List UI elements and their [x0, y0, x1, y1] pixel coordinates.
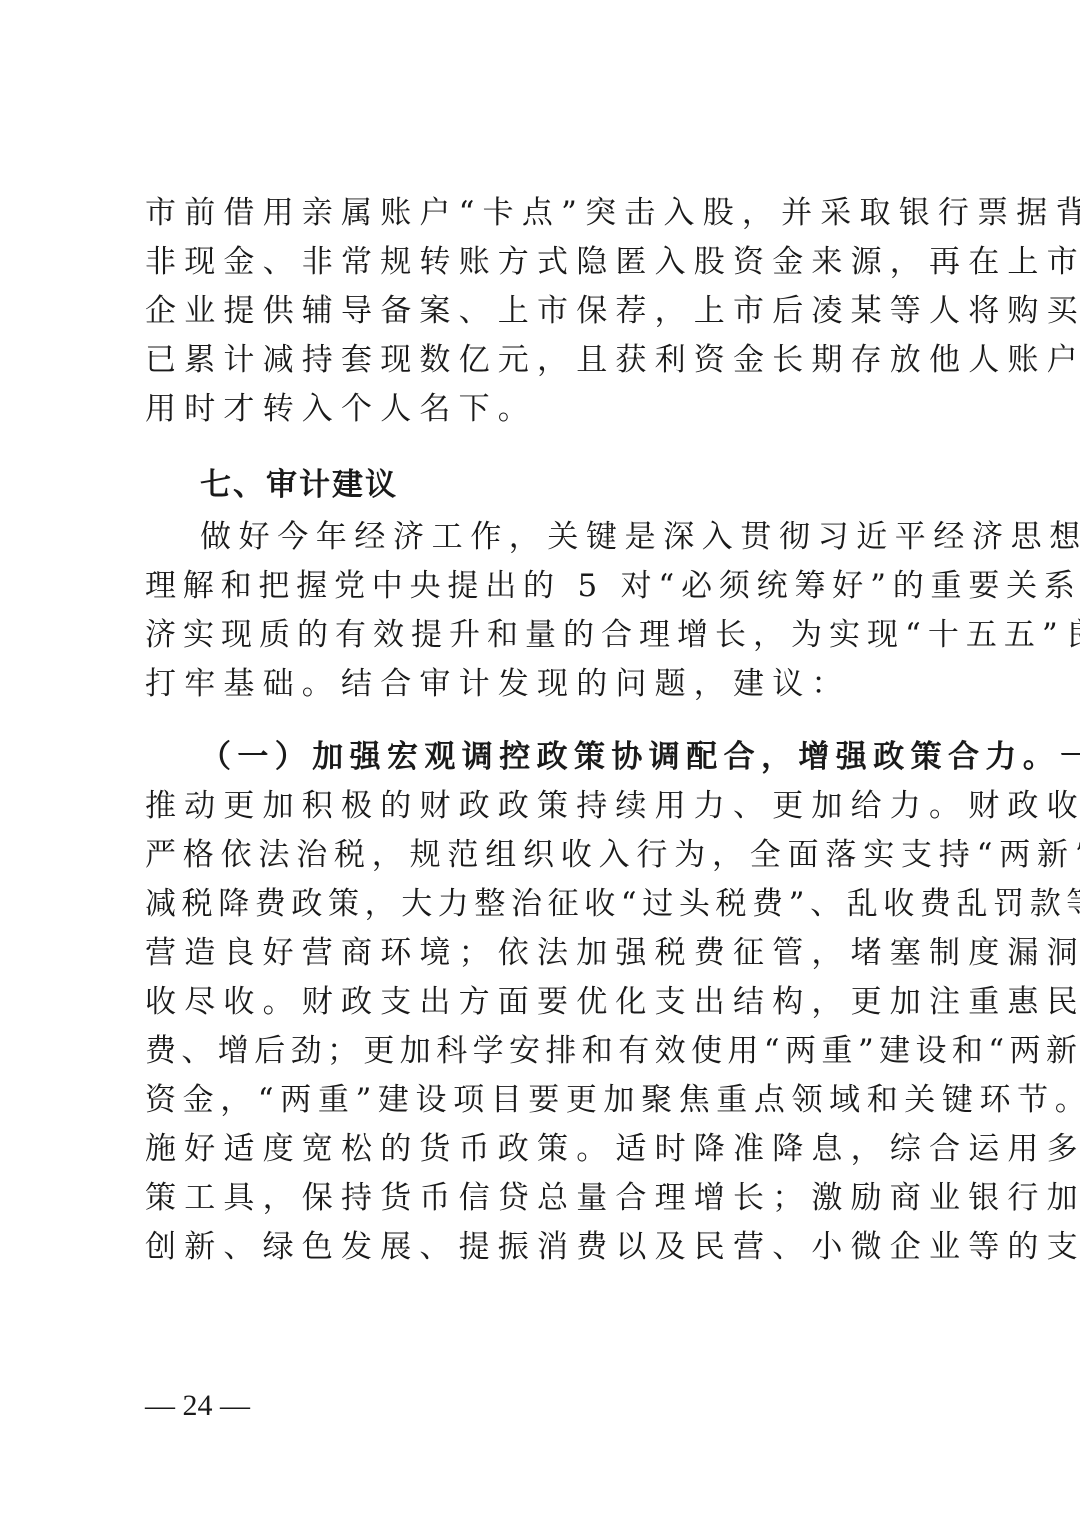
body-line: 用时才转入个人名下。: [145, 385, 945, 434]
subsection-line: 收尽收。财政支出方面要优化支出结构，更加注重惠民生、促消: [145, 978, 945, 1027]
subsection-line-with-bold: 资金，“两重”建设项目要更加聚焦重点领域和关键环节。二是实: [145, 1076, 945, 1125]
subsection-line: 推动更加积极的财政政策持续用力、更加给力。财政收入方面要: [145, 782, 945, 831]
subsection-line: 策工具，保持货币信贷总量合理增长；激励商业银行加大对科技: [145, 1174, 945, 1223]
body-line: 市前借用亲属账户“卡点”突击入股，并采取银行票据背书转让等: [145, 189, 945, 238]
body-line: 企业提供辅导备案、上市保荐，上市后凌某等人将购买的原始股: [145, 287, 945, 336]
subsection-line: 费、增后劲；更加科学安排和有效使用“两重”建设和“两新”工作: [145, 1027, 945, 1076]
line-text: 资金，“两重”建设项目要更加聚焦重点领域和关键环节。: [145, 1082, 1080, 1118]
subsection-line: 严格依法治税，规范组织收入行为，全面落实支持“两新”工作等: [145, 831, 945, 880]
intro-line: 做好今年经济工作，关键是深入贯彻习近平经济思想，深刻: [200, 513, 1000, 562]
body-line: 已累计减持套现数亿元，且获利资金长期存放他人账户，只在使: [145, 336, 945, 385]
subsection-line: 创新、绿色发展、提振消费以及民营、小微企业等的支持；督促: [145, 1223, 945, 1272]
page-number: — 24 —: [145, 1386, 250, 1426]
intro-line: 济实现质的有效提升和量的合理增长，为实现“十五五”良好开局: [145, 611, 945, 660]
intro-line: 理解和把握党中央提出的 5 对“必须统筹好”的重要关系，推动经: [145, 562, 945, 611]
subsection-line: 施好适度宽松的货币政策。适时降准降息，综合运用多种货币政: [145, 1125, 945, 1174]
subsection-title-line: （一）加强宏观调控政策协调配合，增强政策合力。一是要: [200, 733, 1000, 782]
subsection-title: （一）加强宏观调控政策协调配合，增强政策合力。: [200, 739, 1060, 775]
document-page: 市前借用亲属账户“卡点”突击入股，并采取银行票据背书转让等 非现金、非常规转账方…: [0, 0, 1080, 1527]
body-line: 非现金、非常规转账方式隐匿入股资金来源，再在上市中为 3 户: [145, 238, 945, 287]
point-one-lead: 一是要: [1060, 739, 1080, 775]
subsection-line: 营造良好营商环境；依法加强税费征管，堵塞制度漏洞，做到应: [145, 929, 945, 978]
subsection-line: 减税降费政策，大力整治征收“过头税费”、乱收费乱罚款等问题，: [145, 880, 945, 929]
section-heading: 七、审计建议: [200, 461, 1000, 510]
intro-line: 打牢基础。结合审计发现的问题，建议：: [145, 660, 945, 709]
